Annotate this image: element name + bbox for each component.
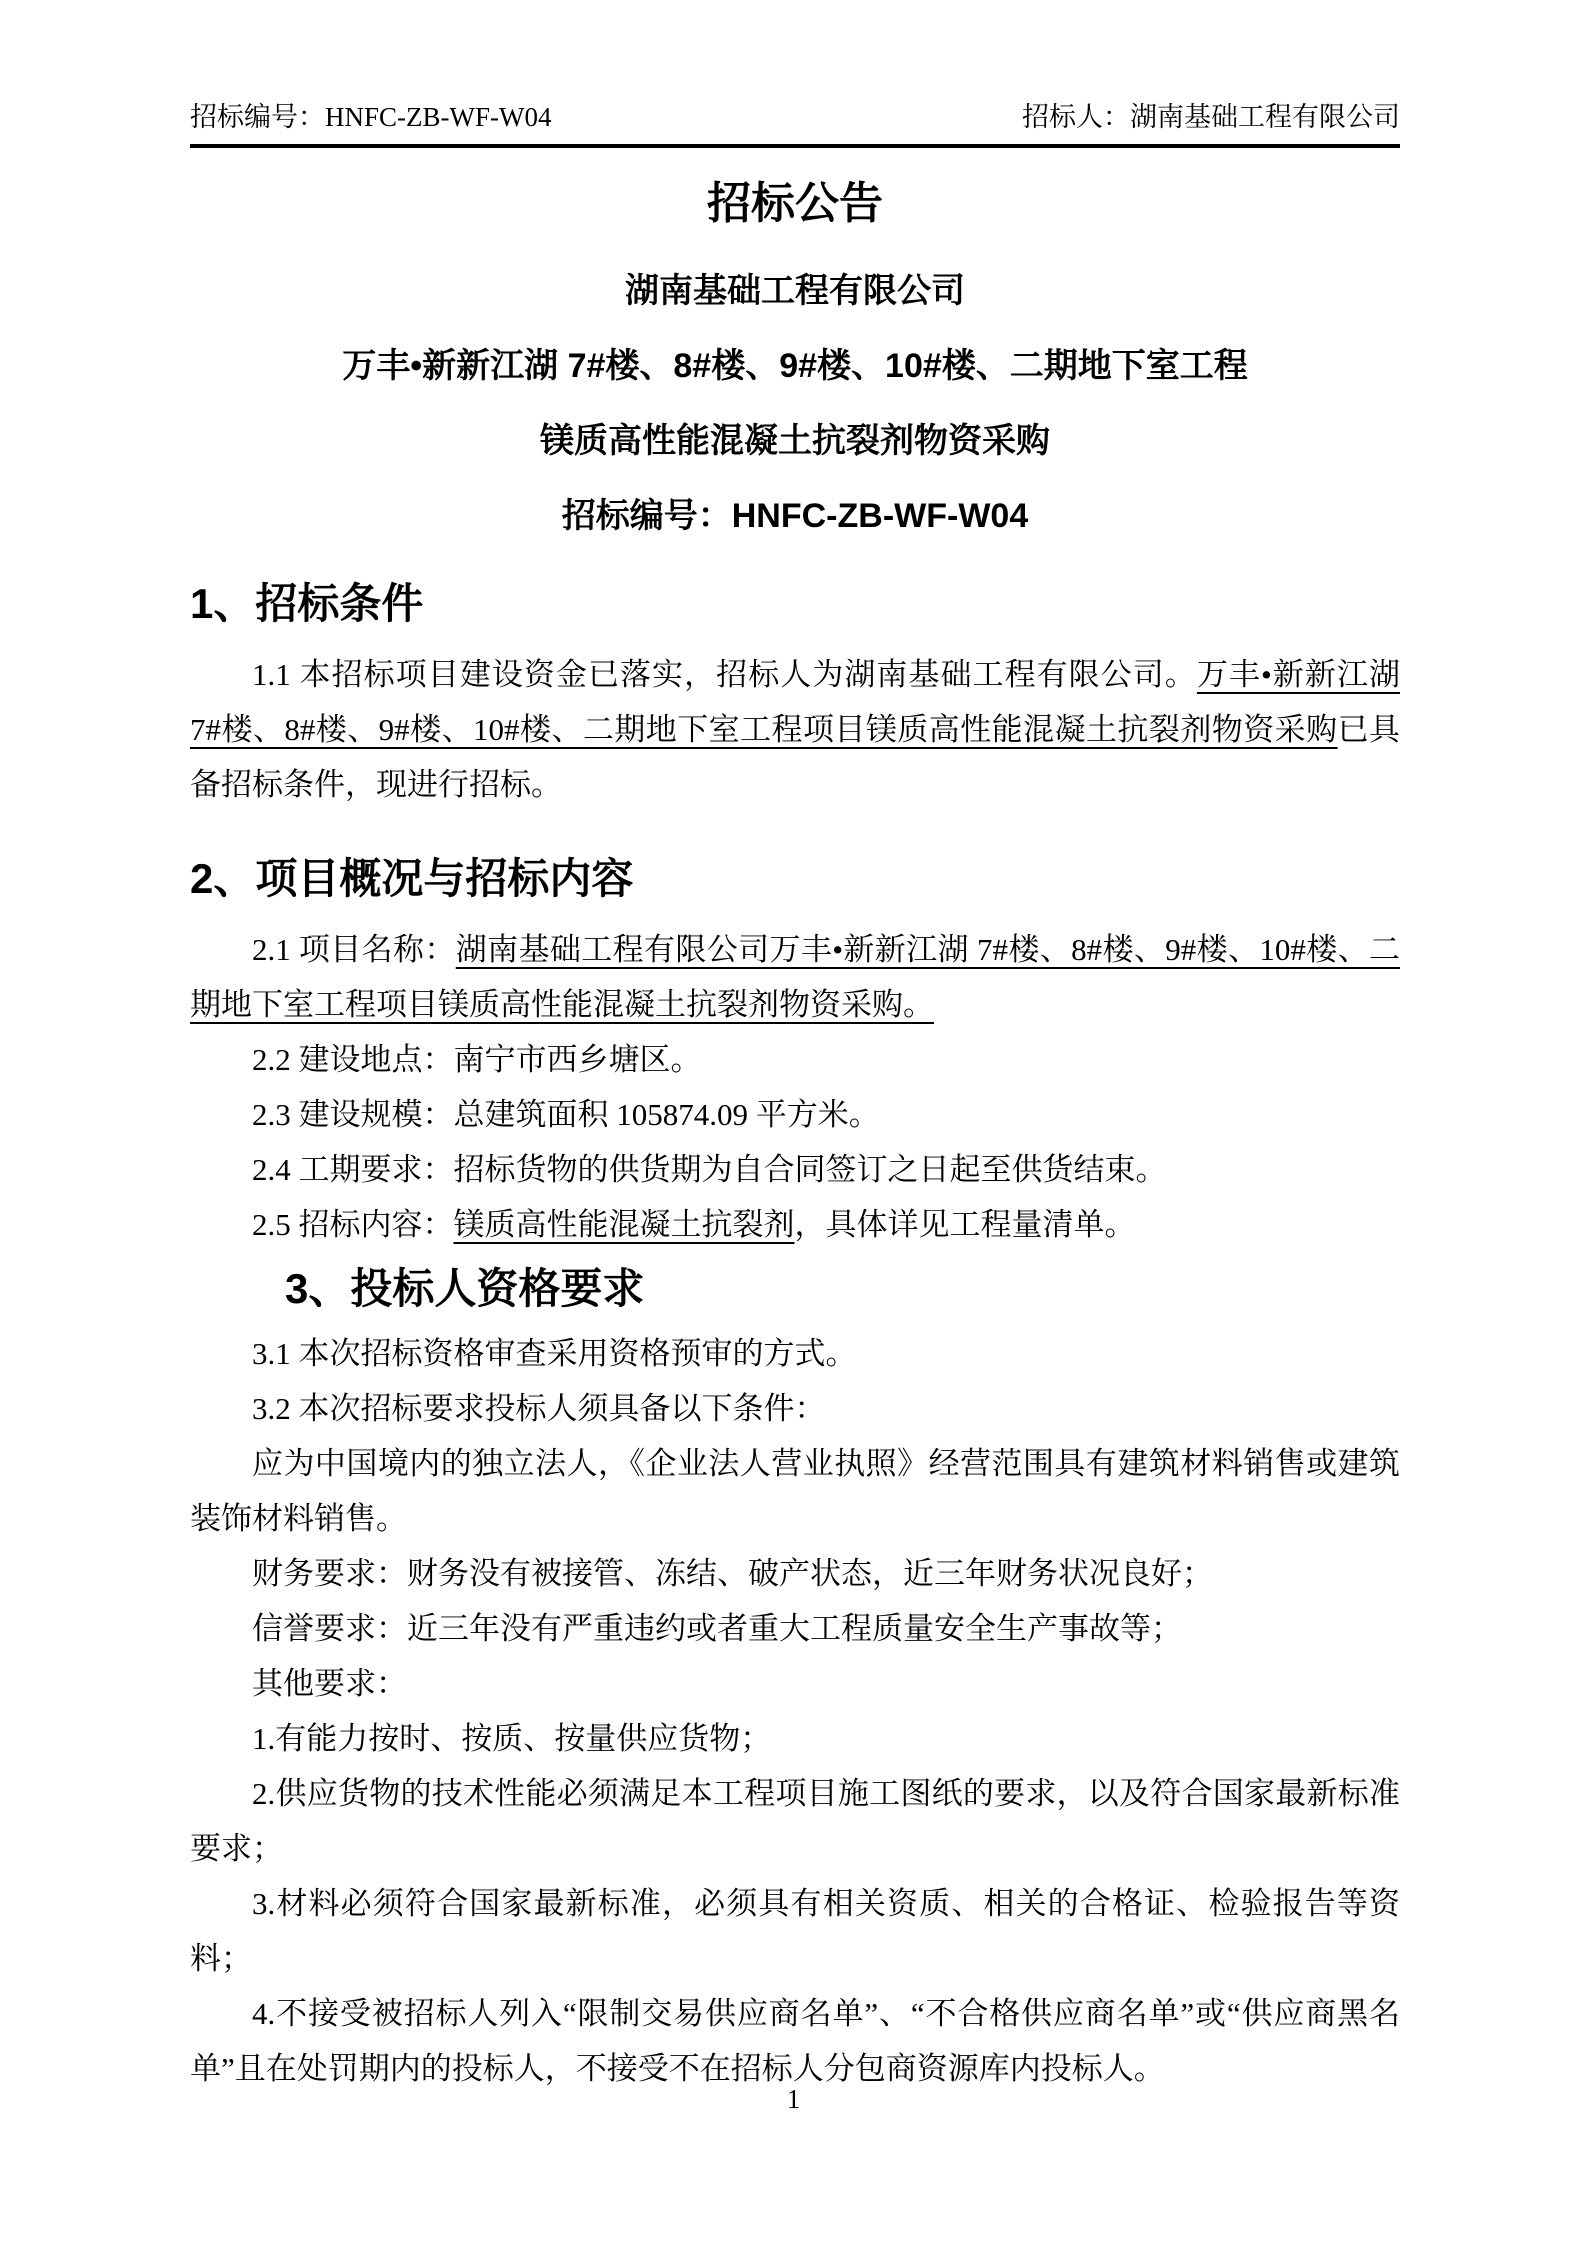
- body-paragraph: 1.1 本招标项目建设资金已落实，招标人为湖南基础工程有限公司。万丰•新新江湖 …: [190, 647, 1400, 812]
- body-paragraph: 信誉要求：近三年没有严重违约或者重大工程质量安全生产事故等；: [190, 1601, 1400, 1656]
- body-paragraph: 2.供应货物的技术性能必须满足本工程项目施工图纸的要求，以及符合国家最新标准要求…: [190, 1766, 1400, 1876]
- document-content: 招标公告 湖南基础工程有限公司万丰•新新江湖 7#楼、8#楼、9#楼、10#楼、…: [190, 154, 1400, 2096]
- text-run: 3.2 本次招标要求投标人须具备以下条件：: [252, 1391, 826, 1426]
- body-paragraph: 2.4 工期要求：招标货物的供货期为自合同签订之日起至供货结束。: [190, 1142, 1400, 1197]
- text-run: 2.5 招标内容：: [252, 1207, 454, 1242]
- section-heading: 2、项目概况与招标内容: [190, 848, 1400, 910]
- body-paragraph: 应为中国境内的独立法人，《企业法人营业执照》经营范围具有建筑材料销售或建筑装饰材…: [190, 1436, 1400, 1546]
- text-run: 3.材料必须符合国家最新标准，必须具有相关资质、相关的合格证、检验报告等资料；: [190, 1886, 1400, 1976]
- subtitle-line-4: 招标编号：HNFC-ZB-WF-W04: [190, 495, 1400, 537]
- body-paragraph: 2.3 建设规模：总建筑面积 105874.09 平方米。: [190, 1087, 1400, 1142]
- body-paragraph: 其他要求：: [190, 1656, 1400, 1711]
- body-paragraph: 财务要求：财务没有被接管、冻结、破产状态，近三年财务状况良好；: [190, 1546, 1400, 1601]
- body-paragraph: 3.2 本次招标要求投标人须具备以下条件：: [190, 1381, 1400, 1436]
- text-run: 信誉要求：近三年没有严重违约或者重大工程质量安全生产事故等；: [252, 1611, 1182, 1646]
- page-number: 1: [0, 2084, 1587, 2115]
- subtitle-line-1: 湖南基础工程有限公司: [190, 270, 1400, 312]
- text-run: 2.4 工期要求：招标货物的供货期为自合同签订之日起至供货结束。: [252, 1152, 1167, 1187]
- text-run: ，具体详见工程量清单。: [795, 1207, 1136, 1242]
- document-header: 招标编号：HNFC-ZB-WF-W04 招标人：湖南基础工程有限公司: [190, 100, 1400, 148]
- text-run: 2.供应货物的技术性能必须满足本工程项目施工图纸的要求，以及符合国家最新标准要求…: [190, 1776, 1400, 1866]
- body-paragraph: 2.5 招标内容：镁质高性能混凝土抗裂剂，具体详见工程量清单。: [190, 1197, 1400, 1252]
- text-run: 应为中国境内的独立法人，《企业法人营业执照》经营范围具有建筑材料销售或建筑装饰材…: [190, 1446, 1400, 1536]
- text-run: 2.1 项目名称：: [252, 932, 456, 967]
- body-paragraph: 3.材料必须符合国家最新标准，必须具有相关资质、相关的合格证、检验报告等资料；: [190, 1876, 1400, 1986]
- subtitle-line-3: 镁质高性能混凝土抗裂剂物资采购: [190, 420, 1400, 462]
- section-heading: 1、招标条件: [190, 573, 1400, 635]
- subtitle-line-2: 万丰•新新江湖 7#楼、8#楼、9#楼、10#楼、二期地下室工程: [190, 345, 1400, 387]
- body-paragraph: 2.2 建设地点：南宁市西乡塘区。: [190, 1032, 1400, 1087]
- underlined-text: 镁质高性能混凝土抗裂剂: [454, 1207, 795, 1242]
- document-body: 1、招标条件1.1 本招标项目建设资金已落实，招标人为湖南基础工程有限公司。万丰…: [190, 573, 1400, 2096]
- header-bidder: 招标人：湖南基础工程有限公司: [1022, 100, 1400, 134]
- text-run: 4.不接受被招标人列入“限制交易供应商名单”、“不合格供应商名单”或“供应商黑名…: [190, 1996, 1400, 2086]
- text-run: 1.有能力按时、按质、按量供应货物；: [252, 1721, 771, 1756]
- body-paragraph: 4.不接受被招标人列入“限制交易供应商名单”、“不合格供应商名单”或“供应商黑名…: [190, 1986, 1400, 2096]
- document-page: 招标编号：HNFC-ZB-WF-W04 招标人：湖南基础工程有限公司 招标公告 …: [0, 0, 1587, 2245]
- text-run: 其他要求：: [252, 1666, 407, 1701]
- body-paragraph: 1.有能力按时、按质、按量供应货物；: [190, 1711, 1400, 1766]
- body-paragraph: 2.1 项目名称：湖南基础工程有限公司万丰•新新江湖 7#楼、8#楼、9#楼、1…: [190, 922, 1400, 1032]
- text-run: 1.1 本招标项目建设资金已落实，招标人为湖南基础工程有限公司。: [252, 657, 1197, 692]
- document-title: 招标公告: [190, 178, 1400, 230]
- section-heading: 3、投标人资格要求: [190, 1258, 1400, 1320]
- text-run: 3.1 本次招标资格审查采用资格预审的方式。: [252, 1336, 857, 1371]
- text-run: 财务要求：财务没有被接管、冻结、破产状态，近三年财务状况良好；: [252, 1556, 1213, 1591]
- text-run: 2.2 建设地点：南宁市西乡塘区。: [252, 1042, 702, 1077]
- header-bid-number: 招标编号：HNFC-ZB-WF-W04: [190, 100, 551, 134]
- body-paragraph: 3.1 本次招标资格审查采用资格预审的方式。: [190, 1326, 1400, 1381]
- text-run: 2.3 建设规模：总建筑面积 105874.09 平方米。: [252, 1097, 880, 1132]
- document-subtitles: 湖南基础工程有限公司万丰•新新江湖 7#楼、8#楼、9#楼、10#楼、二期地下室…: [190, 270, 1400, 537]
